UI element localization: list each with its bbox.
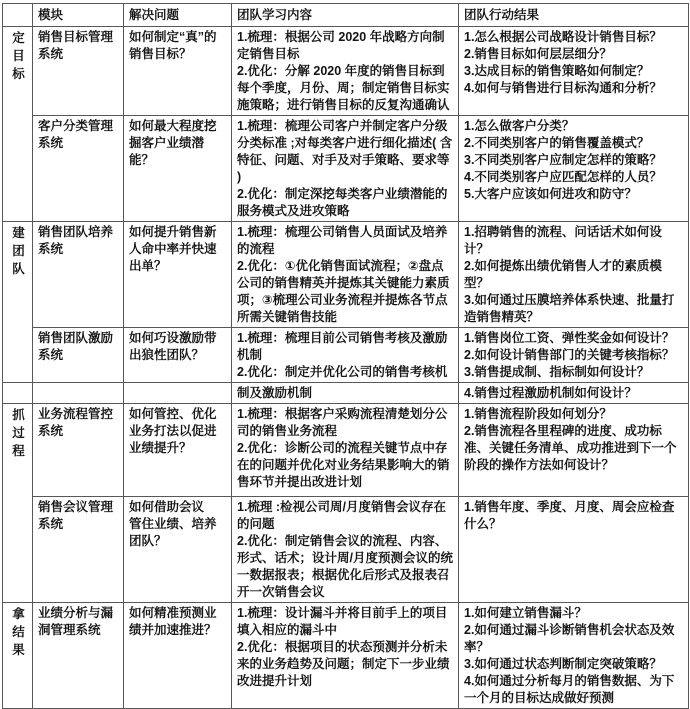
- cell-module: 销售团队激励系统: [33, 328, 124, 383]
- category-label: 抓过程: [11, 406, 26, 460]
- category-cell-build-team: 建团队: [3, 222, 33, 383]
- category-cell-empty: [3, 383, 33, 404]
- category-label: 拿结果: [11, 605, 26, 659]
- category-label: 建团队: [11, 224, 26, 278]
- cell-learning: 1.梳理 :检视公司周/月度销售会议存在的问题 2.优化：制定销售会议的流程、内…: [232, 497, 459, 603]
- header-problem: 解决问题: [124, 4, 232, 27]
- cell-learning: 1.梳理：根据公司 2020 年战略方向制定销售目标 2.优化：分解 2020 …: [232, 27, 459, 116]
- cell-module: [33, 383, 124, 404]
- sales-system-table: 模块 解决问题 团队学习内容 团队行动结果 定目标 销售目标管理系统 如何制定“…: [2, 3, 689, 709]
- cell-results: 1.销售年度、季度、月度、周会应检查什么？: [459, 497, 689, 603]
- cell-problem: 如何巧设激励带出狼性团队？: [124, 328, 232, 383]
- header-row: 模块 解决问题 团队学习内容 团队行动结果: [3, 4, 689, 27]
- cell-module: 销售目标管理系统: [33, 27, 124, 116]
- cell-results: 1.怎么做客户分类？ 2.不同类别客户的销售覆盖模式？ 3.不同类别客户应制定怎…: [459, 116, 689, 222]
- category-label: 定目标: [11, 29, 26, 83]
- cell-results: 1.怎么根据公司战略设计销售目标？ 2.销售目标如何层层细分？ 3.达成目标的销…: [459, 27, 689, 116]
- header-category: [3, 4, 33, 27]
- cell-learning: 1.梳理：梳理公司销售人员面试及培养的流程 2.优化：①优化销售面试流程；②盘点…: [232, 222, 459, 328]
- header-module: 模块: [33, 4, 124, 27]
- table-row: 建团队 销售团队培养系统 如何提升销售新人命中率并快速出单？ 1.梳理：梳理公司…: [3, 222, 689, 328]
- cell-learning: 1.梳理：梳理公司客户并制定客户分级分类标准 ;对每类客户进行细化描述( 含特征…: [232, 116, 459, 222]
- cell-results: 1.销售岗位工资、弹性奖金如何设计？ 2.如何设计销售部门的关键考核指标？ 3.…: [459, 328, 689, 383]
- category-cell-get-results: 拿结果: [3, 603, 33, 709]
- cell-module: 客户分类管理系统: [33, 116, 124, 222]
- cell-module: 业务流程管控系统: [33, 404, 124, 497]
- cell-results: 1.销售流程阶段如何划分？ 2.销售流程各里程碑的进度、成功标准、关键任务清单、…: [459, 404, 689, 497]
- cell-module: 业绩分析与漏洞管理系统: [33, 603, 124, 709]
- cell-problem: 如何借助会议 管住业绩、培养 团队？: [124, 497, 232, 603]
- category-cell-set-goals: 定目标: [3, 27, 33, 222]
- cell-module: 销售团队培养系统: [33, 222, 124, 328]
- table-row-overflow: 制及激励机制 4.销售过程激励机制如何设计？: [3, 383, 689, 404]
- cell-problem: [124, 383, 232, 404]
- cell-problem: 如何精准预测业绩并加速推进？: [124, 603, 232, 709]
- table-row: 销售团队激励系统 如何巧设激励带出狼性团队？ 1.梳理：梳理目前公司销售考核及激…: [3, 328, 689, 383]
- category-cell-manage-process: 抓过程: [3, 404, 33, 603]
- table-row: 销售会议管理系统 如何借助会议 管住业绩、培养 团队？ 1.梳理 :检视公司周/…: [3, 497, 689, 603]
- cell-learning: 1.梳理：梳理目前公司销售考核及激励机制 2.优化：制定并优化公司的销售考核机: [232, 328, 459, 383]
- cell-problem: 如何提升销售新人命中率并快速出单？: [124, 222, 232, 328]
- table-row: 定目标 销售目标管理系统 如何制定“真”的销售目标？ 1.梳理：根据公司 202…: [3, 27, 689, 116]
- cell-learning: 1.梳理：设计漏斗并将目前手上的项目填入相应的漏斗中 2.优化：根据项目的状态预…: [232, 603, 459, 709]
- cell-learning: 1.梳理：根据客户采购流程清楚划分公司的销售业务流程 2.优化：诊断公司的流程关…: [232, 404, 459, 497]
- header-results: 团队行动结果: [459, 4, 689, 27]
- cell-problem: 如何制定“真”的销售目标？: [124, 27, 232, 116]
- cell-results: 4.销售过程激励机制如何设计？: [459, 383, 689, 404]
- cell-results: 1.招聘销售的流程、问话话术如何设计？ 2.如何提炼出绩优销售人才的素质模型？ …: [459, 222, 689, 328]
- table-row: 客户分类管理系统 如何最大程度挖掘客户业绩潜能？ 1.梳理：梳理公司客户并制定客…: [3, 116, 689, 222]
- cell-results: 1.如何建立销售漏斗？ 2.如何通过漏斗诊断销售机会状态及效率？ 3.如何通过状…: [459, 603, 689, 709]
- cell-module: 销售会议管理系统: [33, 497, 124, 603]
- header-learning: 团队学习内容: [232, 4, 459, 27]
- cell-problem: 如何最大程度挖掘客户业绩潜能？: [124, 116, 232, 222]
- cell-learning: 制及激励机制: [232, 383, 459, 404]
- cell-problem: 如何管控、优化业务打法以促进业绩提升？: [124, 404, 232, 497]
- table-row: 抓过程 业务流程管控系统 如何管控、优化业务打法以促进业绩提升？ 1.梳理：根据…: [3, 404, 689, 497]
- table-row: 拿结果 业绩分析与漏洞管理系统 如何精准预测业绩并加速推进？ 1.梳理：设计漏斗…: [3, 603, 689, 709]
